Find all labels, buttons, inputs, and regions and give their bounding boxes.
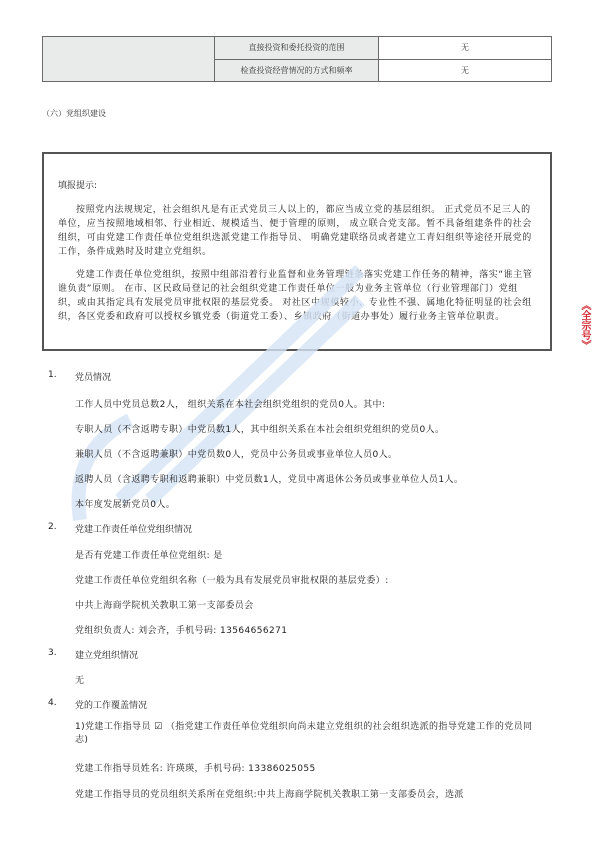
text-line: 本年度发展新党员0人。 <box>75 497 175 510</box>
item-number: 3. <box>48 648 68 658</box>
text-line: 党组织负责人: 刘会齐，手机号码: 13564656271 <box>75 623 287 636</box>
text-line: 是否有党建工作责任单位党组织: 是 <box>75 548 223 561</box>
text-line: 中共上海商学院机关教职工第一支部委员会 <box>75 598 254 611</box>
table-value: 无 <box>379 37 551 59</box>
text-line: 1)党建工作指导员 ☑ （指党建工作责任单位党组织向尚未建立党组织的社会组织选派… <box>75 721 545 747</box>
hint-paragraph: 按照党内法规规定，社会组织凡是有正式党员三人以上的，都应当成立党的基层组织。 正… <box>58 203 534 259</box>
text-line: 党建工作指导员的党员组织关系所在党组织:中共上海商学院机关教职工第一支部委员会，… <box>75 787 464 800</box>
table-label: 检查投资经营情况的方式和频率 <box>215 60 379 82</box>
text-line: 党建工作责任单位党组织名称（一般为具有发展党员审批权限的基层党委）: <box>75 573 389 586</box>
item-title: 党建工作责任单位党组织情况 <box>75 522 192 535</box>
hint-box: 填报提示: 按照党内法规规定，社会组织凡是有正式党员三人以上的，都应当成立党的基… <box>42 152 552 351</box>
item-title: 党员情况 <box>75 370 111 383</box>
item-title: 党的工作覆盖情况 <box>75 698 147 711</box>
table-value: 无 <box>379 60 551 82</box>
item-number: 4. <box>48 698 68 708</box>
section-title: （六）党组织建设 <box>42 108 106 119</box>
edge-stamp: 《全宗号》 <box>580 300 592 410</box>
text-line: 兼职人员（不含返聘兼职）中党员数0人，党员中公务员或事业单位人员0人。 <box>75 447 397 460</box>
hint-title: 填报提示: <box>58 178 534 191</box>
item-number: 1. <box>48 370 68 380</box>
table-label: 直接投资和委托投资的范围 <box>215 37 379 59</box>
text-line: 专职人员（不含返聘专职）中党员数1人，其中组织关系在本社会组织党组织的党员0人。 <box>75 422 444 435</box>
text-line: 返聘人员（含返聘专职和返聘兼职）中党员数1人，党员中离退休公务员或事业单位人员1… <box>75 472 463 485</box>
item-title: 建立党组织情况 <box>75 648 138 661</box>
table-row: 检查投资经营情况的方式和频率 无 <box>215 59 551 82</box>
text-line: 党建工作指导员姓名: 许瑛瑛，手机号码: 13386025055 <box>75 761 316 774</box>
item-number: 2. <box>48 522 68 532</box>
table-merged-cell <box>43 37 215 81</box>
investment-table: 直接投资和委托投资的范围 无 检查投资经营情况的方式和频率 无 <box>42 36 552 82</box>
text-line: 工作人员中党员总数2人， 组织关系在本社会组织党组织的党员0人。其中: <box>75 397 385 410</box>
hint-paragraph: 党建工作责任单位党组织，按照中组部沿着行业监督和业务管理链条落实党建工作任务的精… <box>58 268 534 324</box>
table-row: 直接投资和委托投资的范围 无 <box>215 37 551 59</box>
text-line: 无 <box>75 673 84 686</box>
